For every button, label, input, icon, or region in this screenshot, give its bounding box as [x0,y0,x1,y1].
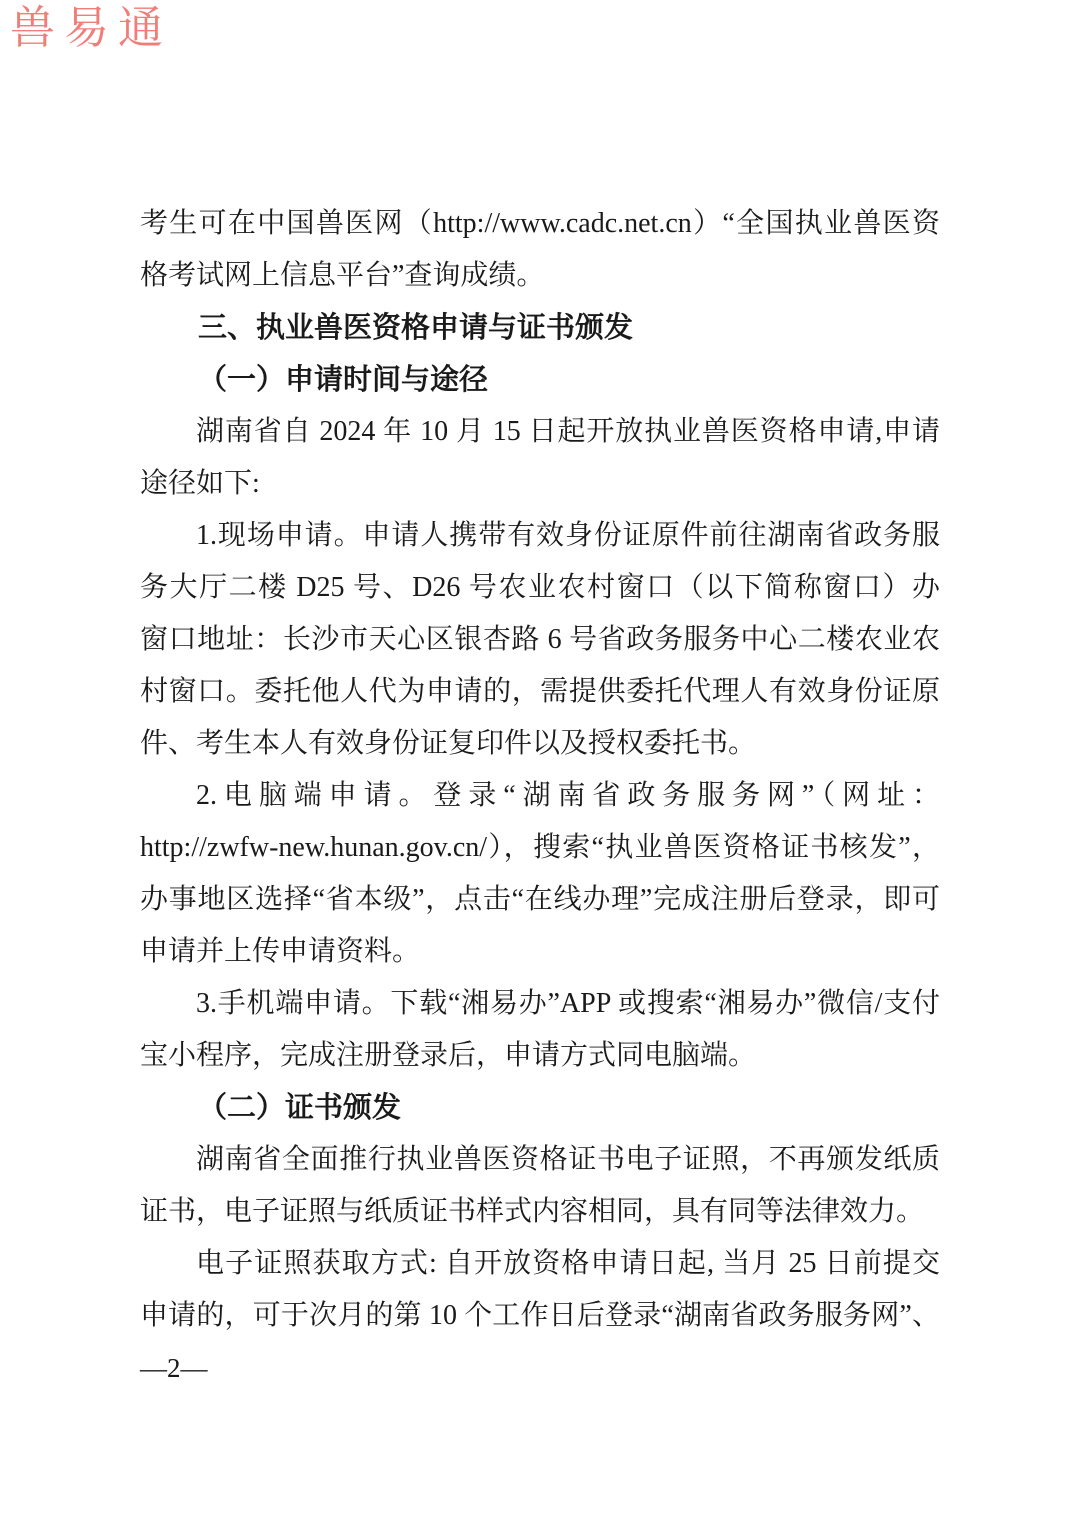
text-line: 申请并上传申请资料。 [140,926,940,978]
text-line: http://zwfw-new.hunan.gov.cn/），搜索“执业兽医资格… [140,822,940,874]
paragraph: 2.电脑端申请。登录“湖南省政务服务网”（网址： http://zwfw-new… [140,770,940,978]
text-line: 村窗口。委托他人代为申请的，需提供委托代理人有效身份证原 [140,666,940,718]
text-line: 窗口地址：长沙市天心区银杏路 6 号省政务服务中心二楼农业农 [140,614,940,666]
text-line: 2.电脑端申请。登录“湖南省政务服务网”（网址： [140,770,940,822]
text-line: 务大厅二楼 D25 号、D26 号农业农村窗口（以下简称窗口）办理。 [140,562,940,614]
text-line: 湖南省全面推行执业兽医资格证书电子证照，不再颁发纸质 [140,1134,940,1186]
text-line: 电子证照获取方式: 自开放资格申请日起, 当月 25 日前提交 [140,1238,940,1290]
paragraph: 3.手机端申请。下载“湘易办”APP 或搜索“湘易办”微信/支付 宝小程序，完成… [140,978,940,1082]
subsection-heading: （一）申请时间与途径 [140,354,940,406]
text-line: 考生可在中国兽医网（http://www.cadc.net.cn）“全国执业兽医… [140,198,940,250]
text-line: 湖南省自 2024 年 10 月 15 日起开放执业兽医资格申请,申请 [140,406,940,458]
subsection-heading: （二）证书颁发 [140,1082,940,1134]
text-line: 1.现场申请。申请人携带有效身份证原件前往湖南省政务服 [140,510,940,562]
heading-line: 三、执业兽医资格申请与证书颁发 [140,302,940,354]
watermark-logo-text: 兽易通 [10,0,172,56]
document-body: 考生可在中国兽医网（http://www.cadc.net.cn）“全国执业兽医… [140,198,940,1342]
paragraph: 电子证照获取方式: 自开放资格申请日起, 当月 25 日前提交 申请的，可于次月… [140,1238,940,1342]
text-line: 办事地区选择“省本级”，点击“在线办理”完成注册后登录，即可 [140,874,940,926]
paragraph: 湖南省自 2024 年 10 月 15 日起开放执业兽医资格申请,申请 途径如下… [140,406,940,510]
text-line: 途径如下: [140,458,940,510]
paragraph: 湖南省全面推行执业兽医资格证书电子证照，不再颁发纸质 证书，电子证照与纸质证书样… [140,1134,940,1238]
text-line: 证书，电子证照与纸质证书样式内容相同，具有同等法律效力。 [140,1186,940,1238]
text-line: 3.手机端申请。下载“湘易办”APP 或搜索“湘易办”微信/支付 [140,978,940,1030]
text-line: 格考试网上信息平台”查询成绩。 [140,250,940,302]
text-line: 件、考生本人有效身份证复印件以及授权委托书。 [140,718,940,770]
heading-line: （一）申请时间与途径 [140,354,940,406]
text-line: 申请的，可于次月的第 10 个工作日后登录“湖南省政务服务网”、 [140,1290,940,1342]
page-number: —2— [140,1348,208,1388]
text-line: 宝小程序，完成注册登录后，申请方式同电脑端。 [140,1030,940,1082]
paragraph: 1.现场申请。申请人携带有效身份证原件前往湖南省政务服 务大厅二楼 D25 号、… [140,510,940,770]
section-heading: 三、执业兽医资格申请与证书颁发 [140,302,940,354]
heading-line: （二）证书颁发 [140,1082,940,1134]
paragraph: 考生可在中国兽医网（http://www.cadc.net.cn）“全国执业兽医… [140,198,940,302]
